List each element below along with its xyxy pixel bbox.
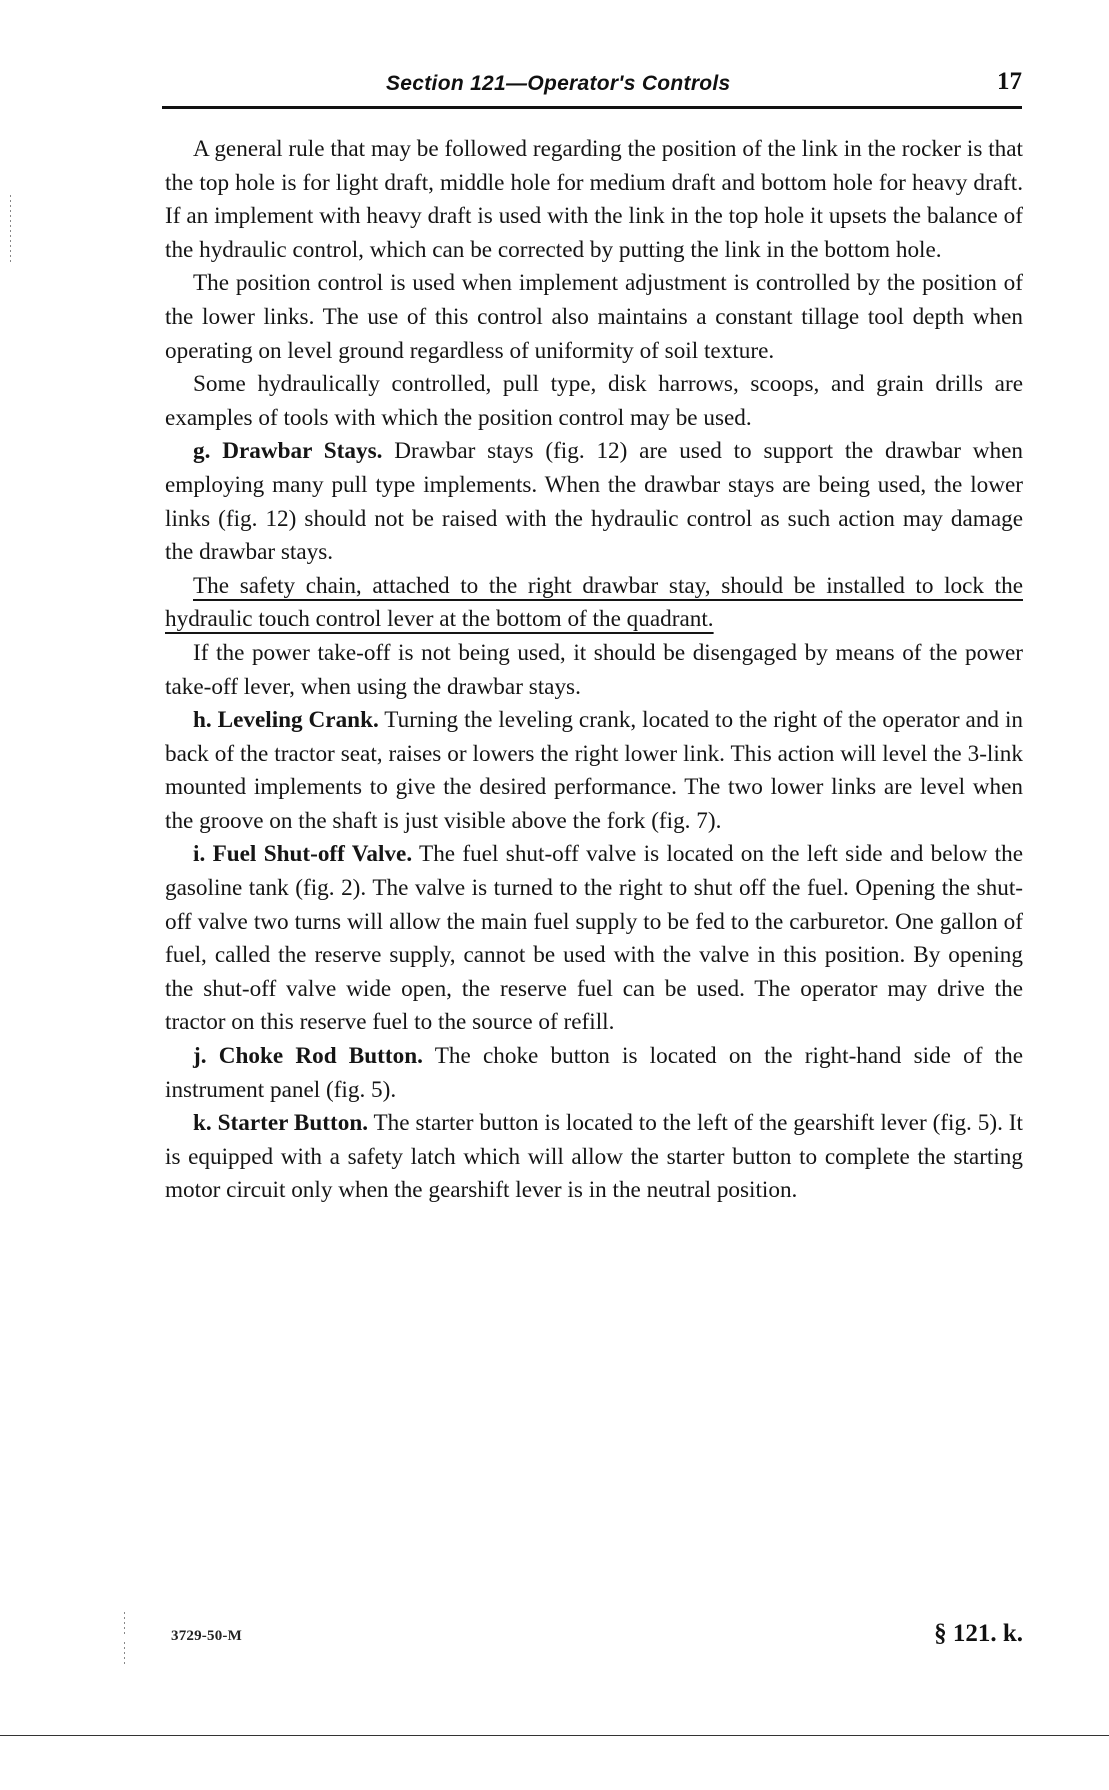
paragraph-text: The position control is used when implem… bbox=[165, 270, 1023, 363]
subsection-heading: i. Fuel Shut-off Valve. bbox=[193, 841, 412, 867]
page-number: 17 bbox=[997, 68, 1022, 96]
paragraph-link-rocker: A general rule that may be followed rega… bbox=[165, 133, 1023, 267]
paragraph-fuel-shutoff-valve: i. Fuel Shut-off Valve. The fuel shut-of… bbox=[165, 838, 1023, 1040]
paragraph-drawbar-stays: g. Drawbar Stays. Drawbar stays (fig. 12… bbox=[165, 435, 1023, 569]
scan-margin-mark bbox=[124, 1612, 125, 1636]
paragraph-text: The fuel shut-off valve is located on th… bbox=[165, 841, 1023, 1035]
paragraph-text: Some hydraulically controlled, pull type… bbox=[165, 371, 1023, 431]
paragraph-text: A general rule that may be followed rega… bbox=[165, 136, 1023, 263]
underlined-warning-text: The safety chain, attached to the right … bbox=[165, 573, 1023, 633]
paragraph-power-take-off: If the power take-off is not being used,… bbox=[165, 637, 1023, 704]
subsection-heading: g. Drawbar Stays. bbox=[193, 438, 382, 464]
subsection-heading: k. Starter Button. bbox=[193, 1110, 368, 1136]
scan-margin-mark bbox=[10, 195, 11, 265]
paragraph-choke-rod-button: j. Choke Rod Button. The choke button is… bbox=[165, 1040, 1023, 1107]
paragraph-safety-chain: The safety chain, attached to the right … bbox=[165, 570, 1023, 637]
section-reference: § 121. k. bbox=[934, 1620, 1023, 1648]
scan-bottom-edge-line bbox=[0, 1735, 1109, 1736]
page-footer: 3729-50-M § 121. k. bbox=[165, 1620, 1023, 1660]
paragraph-position-control: The position control is used when implem… bbox=[165, 267, 1023, 368]
header-rule bbox=[162, 106, 1022, 109]
paragraph-starter-button: k. Starter Button. The starter button is… bbox=[165, 1107, 1023, 1208]
scan-margin-mark bbox=[124, 1642, 125, 1666]
subsection-heading: h. Leveling Crank. bbox=[193, 707, 379, 733]
body-text: A general rule that may be followed rega… bbox=[165, 133, 1023, 1208]
paragraph-leveling-crank: h. Leveling Crank. Turning the leveling … bbox=[165, 704, 1023, 838]
paragraph-text: If the power take-off is not being used,… bbox=[165, 640, 1023, 700]
paragraph-position-control-examples: Some hydraulically controlled, pull type… bbox=[165, 368, 1023, 435]
subsection-heading: j. Choke Rod Button. bbox=[193, 1043, 423, 1069]
manual-page: Section 121—Operator's Controls 17 A gen… bbox=[0, 0, 1109, 1790]
document-code: 3729-50-M bbox=[171, 1628, 242, 1645]
running-head: Section 121—Operator's Controls bbox=[386, 72, 731, 96]
page-header: Section 121—Operator's Controls 17 bbox=[162, 64, 1022, 110]
